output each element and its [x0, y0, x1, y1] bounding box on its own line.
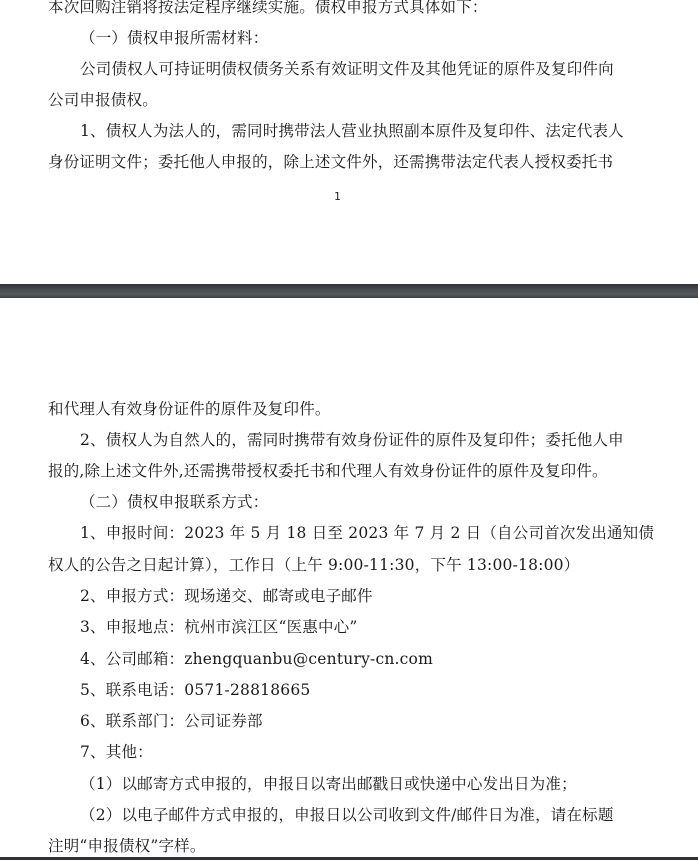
list-item: 7、其他： — [80, 742, 153, 762]
document-page-1: 本次回购注销将按法定程序继续实施。债权申报方式具体如下： （一）债权申报所需材料… — [0, 0, 698, 284]
paragraph-line: 公司申报债权。 — [48, 90, 158, 110]
paragraph-line: 2、债权人为自然人的，需同时携带有效身份证件的原件及复印件；委托他人申 — [80, 430, 624, 450]
sub-list-item: （2）以电子邮件方式申报的，申报日以公司收到文件/邮件日为准，请在标题 — [80, 805, 614, 825]
section-heading: （一）债权申报所需材料： — [80, 28, 268, 48]
document-page-2: 和代理人有效身份证件的原件及复印件。 2、债权人为自然人的，需同时携带有效身份证… — [0, 298, 698, 858]
paragraph-line: 公司债权人可持证明债权债务关系有效证明文件及其他凭证的原件及复印件向 — [80, 59, 614, 79]
page-number: 1 — [334, 190, 341, 203]
paragraph-line: 权人的公告之日起计算），工作日（上午 9:00-11:30，下午 13:00-1… — [48, 555, 579, 575]
paragraph-line: 和代理人有效身份证件的原件及复印件。 — [48, 399, 331, 419]
paragraph-line: 本次回购注销将按法定程序继续实施。债权申报方式具体如下： — [48, 0, 488, 17]
sub-list-item: （1）以邮寄方式申报的，申报日以寄出邮戳日或快递中心发出日为准； — [80, 774, 577, 794]
paragraph-line: 报的,除上述文件外,还需携带授权委托书和代理人有效身份证件的原件及复印件。 — [48, 461, 608, 481]
list-item-email: 4、公司邮箱：zhengquanbu@century-cn.com — [80, 649, 433, 669]
list-item: 6、联系部门：公司证券部 — [80, 711, 263, 731]
list-item: 3、申报地点：杭州市滨江区“医惠中心” — [80, 617, 358, 637]
list-item-phone: 5、联系电话：0571-28818665 — [80, 680, 310, 700]
paragraph-line: 1、债权人为法人的，需同时携带法人营业执照副本原件及复印件、法定代表人 — [80, 121, 624, 141]
section-heading: （二）债权申报联系方式： — [80, 492, 268, 512]
paragraph-line: 注明“申报债权”字样。 — [48, 836, 206, 856]
paragraph-line: 1、申报时间：2023 年 5 月 18 日至 2023 年 7 月 2 日（自… — [80, 523, 654, 543]
list-item: 2、申报方式：现场递交、邮寄或电子邮件 — [80, 586, 373, 606]
page-separator — [0, 284, 698, 298]
paragraph-line: 身份证明文件；委托他人申报的，除上述文件外，还需携带法定代表人授权委托书 — [48, 152, 613, 172]
